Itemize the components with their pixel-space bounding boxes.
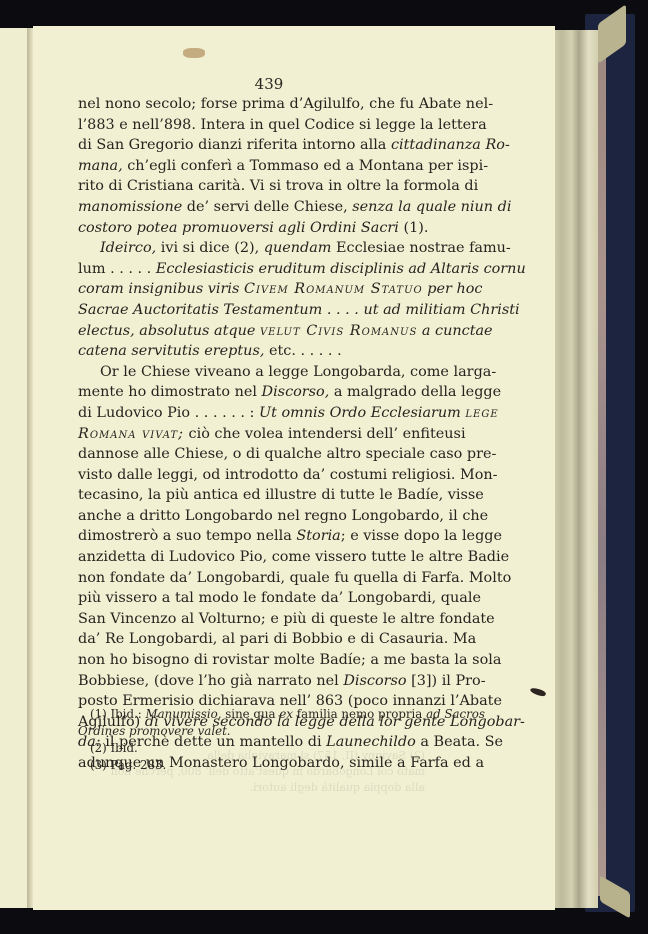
text-line: rito di Cristiana carità. Vi si trova in… [78, 176, 460, 197]
italic-run: manomissione [78, 199, 182, 215]
text-line: manomissione de’ servi delle Chiese, sen… [78, 197, 460, 218]
text-run: visto dalle leggi, od introdotto da’ cos… [78, 467, 498, 483]
text-run: familia nemo propria [293, 707, 426, 721]
text-run: non fondate da’ Longobardi, quale fu que… [78, 570, 511, 586]
paragraph: nel nono secolo; forse prima d’Agilulfo,… [78, 94, 460, 238]
italic-run: mana, [78, 158, 123, 174]
text-run: lum . . . . . [78, 261, 156, 277]
italic-run: per hoc [423, 281, 483, 297]
footnote-line: (1) Ibid.: Manumissio, sine qua ex famil… [78, 706, 460, 723]
text-line: coram insignibus viris Civem Romanum Sta… [78, 279, 460, 300]
marbled-page-edge [598, 38, 606, 896]
text-run: ch’egli conferì a Tommaso ed a Montana p… [123, 158, 488, 174]
text-line: visto dalle leggi, od introdotto da’ cos… [78, 465, 460, 486]
italic-run: Ecclesiasticis eruditum disciplinis ad A… [156, 261, 526, 277]
italic-run: a cunctae [417, 323, 492, 339]
text-run: ciò che volea intendersi dell’ enfiteusi [184, 426, 466, 442]
text-line: nel nono secolo; forse prima d’Agilulfo,… [78, 94, 460, 115]
text-line: tecasino, la più antica ed illustre di t… [78, 485, 460, 506]
text-line: Ideirco, ivi si dice (2), quendam Eccles… [78, 238, 460, 259]
text-line: di San Gregorio dianzi riferita intorno … [78, 135, 460, 156]
italic-run: Manumissio, [145, 707, 221, 721]
text-line: mente ho dimostrato nel Discorso, a malg… [78, 382, 460, 403]
italic-run: costoro potea promuoversi agli Ordini Sa… [78, 220, 399, 236]
text-run: ; e visse dopo la legge [341, 528, 502, 544]
text-line: lum . . . . . Ecclesiasticis eruditum di… [78, 259, 460, 280]
footnote-line: (2) Ibid. [78, 740, 460, 757]
small-caps-run: Romana vivat; [78, 426, 184, 442]
text-run: sine qua [222, 707, 280, 721]
text-line: catena servitutis ereptus, etc. . . . . … [78, 341, 460, 362]
text-run: più vissero a tal modo le fondate da’ Lo… [78, 590, 481, 606]
small-caps-run: velut Civis Romanus [260, 323, 417, 339]
text-line: costoro potea promuoversi agli Ordini Sa… [78, 218, 460, 239]
text-run: mente ho dimostrato nel [78, 384, 262, 400]
page-edge-stack [550, 30, 598, 908]
text-run: tecasino, la più antica ed illustre di t… [78, 487, 484, 503]
text-line: non ho bisogno di rovistar molte Badíe; … [78, 650, 460, 671]
text-run: etc. . . . . . [264, 343, 341, 359]
body-text: nel nono secolo; forse prima d’Agilulfo,… [78, 94, 460, 774]
text-run: San Vincenzo al Volturno; e più di quest… [78, 611, 495, 627]
text-run: (1) Ibid.: [90, 707, 145, 721]
small-caps-run: lege [465, 405, 498, 421]
italic-run: cittadinanza Ro- [391, 137, 510, 153]
italic-run: Storia [296, 528, 340, 544]
text-line: non fondate da’ Longobardi, quale fu que… [78, 568, 460, 589]
text-line: Sacrae Auctoritatis Testamentum . . . . … [78, 300, 460, 321]
footnote-line: (3) Pag. 283. [78, 757, 460, 774]
text-run: (3) Pag. 283. [90, 758, 166, 772]
italic-run: catena servitutis ereptus, [78, 343, 264, 359]
text-line: da’ Re Longobardi, al pari di Bobbio e d… [78, 629, 460, 650]
text-run: (2) Ibid. [90, 741, 138, 755]
italic-run: electus, absolutus atque [78, 323, 260, 339]
page-stain [183, 48, 205, 58]
text-run: Or le Chiese viveano a legge Longobarda,… [100, 364, 496, 380]
text-run: anche a dritto Longobardo nel regno Long… [78, 508, 488, 524]
text-run: non ho bisogno di rovistar molte Badíe; … [78, 652, 501, 668]
small-caps-run: Civem Romanum Statuo [244, 281, 423, 297]
text-run: da’ Re Longobardi, al pari di Bobbio e d… [78, 631, 476, 647]
text-run: anzidetta di Ludovico Pio, come vissero … [78, 549, 509, 565]
text-line: l’883 e nell’898. Intera in quel Codice … [78, 115, 460, 136]
text-run: di Ludovico Pio . . . . . . : [78, 405, 259, 421]
page-number: 439 [78, 75, 460, 93]
text-run: rito di Cristiana carità. Vi si trova in… [78, 178, 478, 194]
text-run: [3]) il Pro- [407, 673, 486, 689]
text-run: di San Gregorio dianzi riferita intorno … [78, 137, 391, 153]
italic-run: Discorso, [262, 384, 330, 400]
italic-run: quendam [264, 240, 332, 256]
italic-run: Sacrae Auctoritatis Testamentum . . . . … [78, 302, 520, 318]
paragraph: Ideirco, ivi si dice (2), quendam Eccles… [78, 238, 460, 362]
italic-run: Ideirco, [100, 240, 156, 256]
italic-run: senza la quale niun di [352, 199, 511, 215]
text-run: Bobbiese, (dove l’ho già narrato nel [78, 673, 343, 689]
text-run: de’ servi delle Chiese, [182, 199, 352, 215]
footnotes: (1) Ibid.: Manumissio, sine qua ex famil… [78, 706, 460, 774]
text-line: electus, absolutus atque velut Civis Rom… [78, 321, 460, 342]
text-line: anche a dritto Longobardo nel regno Long… [78, 506, 460, 527]
text-run: dimostrerò a suo tempo nella [78, 528, 296, 544]
left-page-edge [0, 28, 28, 908]
italic-run: Ordines promovere valet. [78, 724, 231, 738]
text-run: l’883 e nell’898. Intera in quel Codice … [78, 117, 487, 133]
text-line: Romana vivat; ciò che volea intendersi d… [78, 424, 460, 445]
text-line: di Ludovico Pio . . . . . . : Ut omnis O… [78, 403, 460, 424]
text-run: (1). [399, 220, 429, 236]
text-run: nel nono secolo; forse prima d’Agilulfo,… [78, 96, 493, 112]
text-line: Bobbiese, (dove l’ho già narrato nel Dis… [78, 671, 460, 692]
text-line: dannose alle Chiese, o di qualche altro … [78, 444, 460, 465]
text-line: San Vincenzo al Volturno; e più di quest… [78, 609, 460, 630]
text-run: ivi si dice (2), [156, 240, 264, 256]
italic-run: ad Sacros [426, 707, 485, 721]
text-run: a malgrado della legge [329, 384, 501, 400]
text-run: Ecclesiae nostrae famu- [331, 240, 510, 256]
text-line: mana, ch’egli conferì a Tommaso ed a Mon… [78, 156, 460, 177]
book-page: (2) Savigny (II, 157) si maraviglia dell… [33, 26, 555, 910]
italic-run: Discorso [343, 673, 406, 689]
italic-run: coram insignibus viris [78, 281, 244, 297]
ink-smudge [529, 687, 546, 698]
footnote-line: Ordines promovere valet. [78, 723, 460, 740]
italic-run: Ut omnis Ordo Ecclesiarum [259, 405, 465, 421]
text-line: anzidetta di Ludovico Pio, come vissero … [78, 547, 460, 568]
text-line: Or le Chiese viveano a legge Longobarda,… [78, 362, 460, 383]
italic-run: ex [279, 707, 293, 721]
text-line: dimostrerò a suo tempo nella Storia; e v… [78, 526, 460, 547]
text-line: più vissero a tal modo le fondate da’ Lo… [78, 588, 460, 609]
text-run: dannose alle Chiese, o di qualche altro … [78, 446, 496, 462]
